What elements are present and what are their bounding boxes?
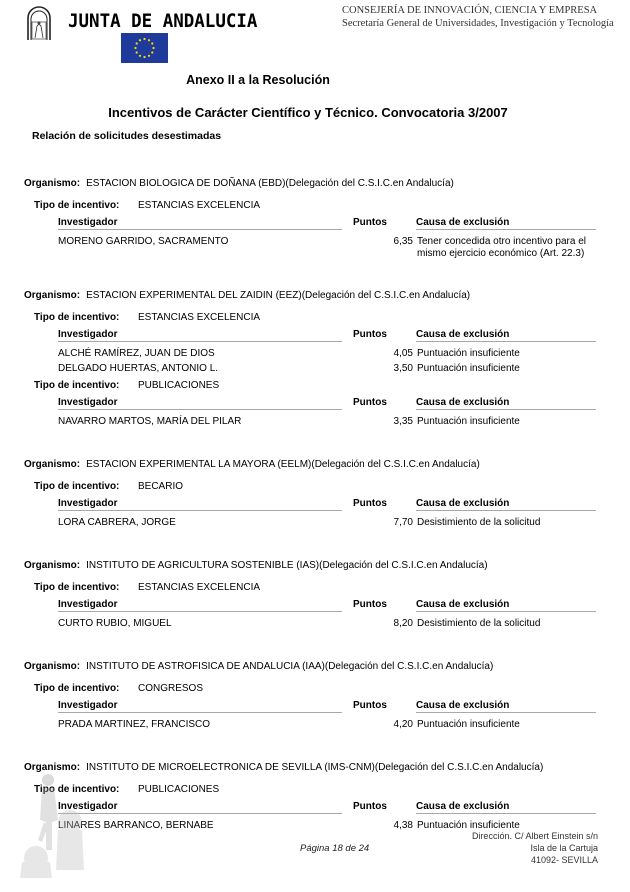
tipo-label: Tipo de incentivo: [34, 481, 138, 492]
secretaria-name: Secretaría General de Universidades, Inv… [342, 18, 614, 29]
causa-text: Puntuación insuficiente [417, 416, 617, 428]
organismo-label: Organismo: [24, 178, 80, 189]
annex-title: Anexo II a la Resolución [0, 73, 516, 87]
column-header-causa: Causa de exclusión [416, 801, 596, 814]
column-header-investigador: Investigador [58, 599, 342, 612]
tipo-label: Tipo de incentivo: [34, 312, 138, 323]
tipo-label: Tipo de incentivo: [34, 200, 138, 211]
column-header-puntos: Puntos [353, 498, 387, 509]
organismo-label: Organismo: [24, 560, 80, 571]
organismo-line: Organismo:INSTITUTO DE AGRICULTURA SOSTE… [24, 560, 488, 571]
tipo-value: ESTANCIAS EXCELENCIA [138, 200, 260, 211]
tipo-label: Tipo de incentivo: [34, 683, 138, 694]
tipo-incentivo-line: Tipo de incentivo:ESTANCIAS EXCELENCIA [34, 200, 260, 211]
tipo-incentivo-line: Tipo de incentivo:BECARIO [34, 481, 183, 492]
puntos-value: 4,05 [360, 348, 413, 359]
organismo-line: Organismo:ESTACION EXPERIMENTAL DEL ZAID… [24, 290, 470, 301]
column-header-investigador: Investigador [58, 801, 342, 814]
junta-crest-icon [26, 4, 52, 42]
organismo-name: INSTITUTO DE AGRICULTURA SOSTENIBLE (IAS… [86, 560, 487, 571]
column-header-investigador: Investigador [58, 329, 342, 342]
organismo-name: INSTITUTO DE MICROELECTRONICA DE SEVILLA… [86, 762, 543, 773]
address-line: Isla de la Cartuja [440, 842, 598, 854]
puntos-value: 4,38 [360, 820, 413, 831]
column-header-investigador: Investigador [58, 397, 342, 410]
tipo-value: CONGRESOS [138, 683, 203, 694]
tipo-incentivo-line: Tipo de incentivo:ESTANCIAS EXCELENCIA [34, 582, 260, 593]
column-header-puntos: Puntos [353, 700, 387, 711]
column-header-causa: Causa de exclusión [416, 498, 596, 511]
column-header-causa: Causa de exclusión [416, 599, 596, 612]
causa-text: Desistimiento de la solicitud [417, 517, 617, 529]
footer-address: Dirección. C/ Albert Einstein s/n Isla d… [440, 830, 598, 866]
tipo-incentivo-line: Tipo de incentivo:CONGRESOS [34, 683, 203, 694]
column-header-causa: Causa de exclusión [416, 700, 596, 713]
tipo-value: BECARIO [138, 481, 183, 492]
column-header-puntos: Puntos [353, 801, 387, 812]
column-header-investigador: Investigador [58, 498, 342, 511]
causa-text: Desistimiento de la solicitud [417, 618, 617, 630]
puntos-value: 4,20 [360, 719, 413, 730]
organismo-label: Organismo: [24, 459, 80, 470]
tipo-value: ESTANCIAS EXCELENCIA [138, 312, 260, 323]
organismo-name: ESTACION EXPERIMENTAL DEL ZAIDIN (EEZ)(D… [86, 290, 470, 301]
causa-text: Puntuación insuficiente [417, 348, 617, 360]
organismo-line: Organismo:ESTACION BIOLOGICA DE DOÑANA (… [24, 178, 454, 189]
organismo-line: Organismo:INSTITUTO DE ASTROFISICA DE AN… [24, 661, 493, 672]
causa-text: Puntuación insuficiente [417, 719, 617, 731]
ministry-name: CONSEJERÍA DE INNOVACIÓN, CIENCIA Y EMPR… [342, 5, 597, 16]
puntos-value: 3,35 [360, 416, 413, 427]
page-number: Página 18 de 24 [300, 843, 369, 854]
tipo-value: ESTANCIAS EXCELENCIA [138, 582, 260, 593]
column-header-causa: Causa de exclusión [416, 217, 596, 230]
causa-text: Tener concedida otro incentivo para el m… [417, 236, 617, 260]
investigador-name: CURTO RUBIO, MIGUEL [58, 618, 172, 629]
investigador-name: PRADA MARTINEZ, FRANCISCO [58, 719, 210, 730]
address-line: 41092- SEVILLA [440, 854, 598, 866]
organismo-name: ESTACION BIOLOGICA DE DOÑANA (EBD)(Deleg… [86, 178, 454, 189]
organismo-name: ESTACION EXPERIMENTAL LA MAYORA (EELM)(D… [86, 459, 480, 470]
column-header-causa: Causa de exclusión [416, 397, 596, 410]
column-header-puntos: Puntos [353, 217, 387, 228]
organismo-label: Organismo: [24, 661, 80, 672]
tipo-value: PUBLICACIONES [138, 784, 219, 795]
section-title: Relación de solicitudes desestimadas [32, 130, 221, 142]
organismo-name: INSTITUTO DE ASTROFISICA DE ANDALUCIA (I… [86, 661, 493, 672]
organismo-line: Organismo:ESTACION EXPERIMENTAL LA MAYOR… [24, 459, 480, 470]
causa-text: Puntuación insuficiente [417, 363, 617, 375]
puntos-value: 8,20 [360, 618, 413, 629]
column-header-puntos: Puntos [353, 599, 387, 610]
tipo-incentivo-line: Tipo de incentivo:ESTANCIAS EXCELENCIA [34, 312, 260, 323]
brand-name: JUNTA DE ANDALUCIA [68, 10, 257, 32]
organismo-line: Organismo:INSTITUTO DE MICROELECTRONICA … [24, 762, 543, 773]
puntos-value: 6,35 [360, 236, 413, 247]
document-title: Incentivos de Carácter Científico y Técn… [0, 105, 616, 120]
column-header-investigador: Investigador [58, 217, 342, 230]
investigador-name: NAVARRO MARTOS, MARÍA DEL PILAR [58, 416, 241, 427]
eu-flag-icon [121, 33, 168, 63]
column-header-puntos: Puntos [353, 329, 387, 340]
column-header-causa: Causa de exclusión [416, 329, 596, 342]
column-header-puntos: Puntos [353, 397, 387, 408]
puntos-value: 7,70 [360, 517, 413, 528]
puntos-value: 3,50 [360, 363, 413, 374]
organismo-label: Organismo: [24, 290, 80, 301]
column-header-investigador: Investigador [58, 700, 342, 713]
investigador-name: ALCHÉ RAMÍREZ, JUAN DE DIOS [58, 348, 215, 359]
tipo-incentivo-line: Tipo de incentivo:PUBLICACIONES [34, 380, 219, 391]
tipo-label: Tipo de incentivo: [34, 582, 138, 593]
watermark-hercules-icon [18, 770, 88, 880]
investigador-name: MORENO GARRIDO, SACRAMENTO [58, 236, 228, 247]
investigador-name: LORA CABRERA, JORGE [58, 517, 176, 528]
tipo-value: PUBLICACIONES [138, 380, 219, 391]
investigador-name: DELGADO HUERTAS, ANTONIO L. [58, 363, 218, 374]
address-line: Dirección. C/ Albert Einstein s/n [440, 830, 598, 842]
tipo-label: Tipo de incentivo: [34, 380, 138, 391]
